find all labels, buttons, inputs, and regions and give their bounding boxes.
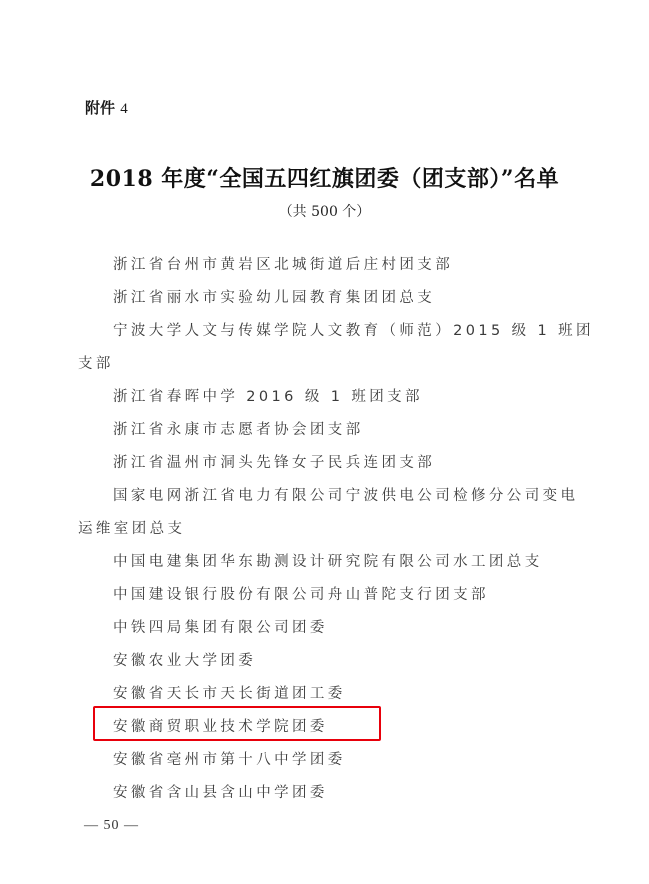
list-item: 宁波大学人文与传媒学院人文教育（师范）2015 级 1 班团: [113, 319, 594, 340]
attachment-number: 4: [120, 101, 128, 117]
list-item: 浙江省温州市洞头先锋女子民兵连团支部: [113, 451, 435, 472]
highlight-annotation-box: [93, 706, 381, 741]
page-number: — 50 —: [84, 818, 139, 834]
attachment-label-text: 附件: [85, 99, 115, 117]
list-item: 安徽省含山县含山中学团委: [113, 781, 328, 802]
attachment-label: 附件 4: [85, 97, 128, 118]
list-item: 中国电建集团华东勘测设计研究院有限公司水工团总支: [113, 550, 543, 571]
list-item: 中铁四局集团有限公司团委: [113, 616, 328, 637]
document-subtitle: （共 500 个）: [0, 201, 649, 221]
list-item: 浙江省丽水市实验幼儿园教育集团团总支: [113, 286, 435, 307]
list-item: 中国建设银行股份有限公司舟山普陀支行团支部: [113, 583, 489, 604]
list-item: 国家电网浙江省电力有限公司宁波供电公司检修分公司变电: [113, 484, 578, 505]
list-item-continuation: 运维室团总支: [78, 517, 185, 538]
list-item: 安徽省亳州市第十八中学团委: [113, 748, 346, 769]
list-item: 浙江省永康市志愿者协会团支部: [113, 418, 364, 439]
list-item: 浙江省台州市黄岩区北城街道后庄村团支部: [113, 253, 453, 274]
document-title: 2018 年度“全国五四红旗团委（团支部）”名单: [0, 162, 649, 193]
list-item: 安徽省天长市天长街道团工委: [113, 682, 346, 703]
list-item-continuation: 支部: [78, 352, 114, 373]
list-item: 浙江省春晖中学 2016 级 1 班团支部: [113, 385, 423, 406]
list-item: 安徽农业大学团委: [113, 649, 256, 670]
